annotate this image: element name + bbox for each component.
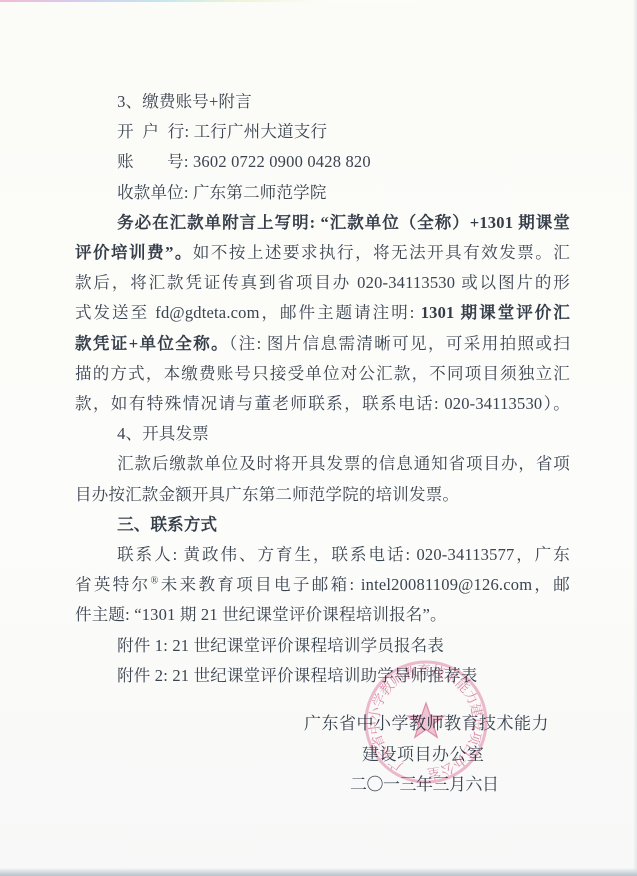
doc-text-segment: 收款单位: 广东第二师范学院 xyxy=(117,183,327,202)
doc-text-segment: 省英特尔 xyxy=(75,575,151,594)
doc-text-segment: 描的方式，本缴费账号只接受单位对公汇款，不同项目须独立汇 xyxy=(75,364,570,383)
scan-shadow-right-edge xyxy=(633,0,637,876)
doc-line: 目办按汇款金额开具广东第二师范学院的培训发票。 xyxy=(75,480,570,510)
doc-line: 款后，将汇款凭证传真到省项目办 020-34113530 或以图片的形 xyxy=(75,268,570,298)
doc-text-segment: 1301 期课堂评价汇 xyxy=(421,303,570,322)
doc-line: 附件 1: 21 世纪课堂评价课程培训学员报名表 xyxy=(75,631,570,661)
doc-text-segment: （注: 图片信息需清晰可见，可采用拍照或扫 xyxy=(229,334,570,353)
doc-line: 省英特尔®未来教育项目电子邮箱: intel20081109@126.com，邮 xyxy=(75,570,570,600)
doc-text-segment: 附件 2: 21 世纪课堂评价课程培训助学导师推荐表 xyxy=(117,666,477,685)
doc-line: 三、联系方式 xyxy=(75,510,570,540)
doc-line: 联系人: 黄政伟、方育生，联系电话: 020-34113577，广东 xyxy=(75,540,570,570)
document-body: 3、缴费账号+附言开 户 行: 工行广州大道支行账 号: 3602 0722 0… xyxy=(75,87,570,691)
doc-text-segment: 如不按上述要求执行，将无法开具有效发票。汇 xyxy=(193,243,570,262)
doc-text-segment: 目办按汇款金额开具广东第二师范学院的培训发票。 xyxy=(75,485,459,504)
doc-text-segment: 联系人: 黄政伟、方育生，联系电话: 020-34113577，广东 xyxy=(117,545,570,564)
doc-text-segment: 3、缴费账号+附言 xyxy=(117,92,252,111)
doc-line: 描的方式，本缴费账号只接受单位对公汇款，不同项目须独立汇 xyxy=(75,359,570,389)
doc-line: 款凭证+单位全称。（注: 图片信息需清晰可见，可采用拍照或扫 xyxy=(75,329,570,359)
doc-line: 4、开具发票 xyxy=(75,419,570,449)
doc-line: 件主题: “1301 期 21 世纪课堂评价课程培训报名”。 xyxy=(75,600,570,630)
scan-shadow-bottom-edge xyxy=(0,868,637,876)
doc-line: 式发送至 fd@gdteta.com，邮件主题请注明: 1301 期课堂评价汇 xyxy=(75,298,570,328)
doc-line: 款，如有特殊情况请与董老师联系，联系电话: 020-34113530）。 xyxy=(75,389,570,419)
doc-text-segment: 汇款后缴款单位及时将开具发票的信息通知省项目办，省项 xyxy=(117,454,570,473)
doc-line: 评价培训费”。如不按上述要求执行，将无法开具有效发票。汇 xyxy=(75,238,570,268)
doc-line: 汇款后缴款单位及时将开具发票的信息通知省项目办，省项 xyxy=(75,449,570,479)
doc-line: 收款单位: 广东第二师范学院 xyxy=(75,178,570,208)
signature-date: 二〇一三年三月六日 xyxy=(350,773,499,797)
doc-line: 务必在汇款单附言上写明: “汇款单位（全称）+1301 期课堂 xyxy=(75,208,570,238)
doc-text-segment: 未来教育项目电子邮箱: intel20081109@126.com，邮 xyxy=(159,575,570,594)
doc-text-segment: ® xyxy=(151,576,159,587)
doc-text-segment: 4、开具发票 xyxy=(117,424,209,443)
doc-text-segment: 件主题: “1301 期 21 世纪课堂评价课程培训报名”。 xyxy=(75,605,447,624)
doc-line: 开 户 行: 工行广州大道支行 xyxy=(75,117,570,147)
doc-text-segment: 三、联系方式 xyxy=(117,515,217,534)
doc-line: 账 号: 3602 0722 0900 0428 820 xyxy=(75,147,570,177)
doc-text-segment: 款后，将汇款凭证传真到省项目办 020-34113530 或以图片的形 xyxy=(75,273,570,292)
scan-artifact-top-edge xyxy=(0,0,440,2)
signature-org-line1: 广东省中小学教师教育技术能力 xyxy=(304,712,549,736)
doc-text-segment: 式发送至 fd@gdteta.com，邮件主题请注明: xyxy=(75,303,421,322)
scanned-document-page: 3、缴费账号+附言开 户 行: 工行广州大道支行账 号: 3602 0722 0… xyxy=(0,0,637,876)
doc-text-segment: 评价培训费”。 xyxy=(75,243,193,262)
doc-text-segment: 账 号: 3602 0722 0900 0428 820 xyxy=(117,152,371,171)
doc-text-segment: 务必在汇款单附言上写明: “汇款单位（全称）+1301 期课堂 xyxy=(117,213,570,232)
doc-line: 附件 2: 21 世纪课堂评价课程培训助学导师推荐表 xyxy=(75,661,570,691)
signature-org-line2: 建设项目办公室 xyxy=(362,743,485,767)
doc-text-segment: 款，如有特殊情况请与董老师联系，联系电话: 020-34113530）。 xyxy=(75,394,570,413)
doc-text-segment: 款凭证+单位全称。 xyxy=(75,334,229,353)
doc-text-segment: 开 户 行: 工行广州大道支行 xyxy=(117,122,327,141)
doc-text-segment: 附件 1: 21 世纪课堂评价课程培训学员报名表 xyxy=(117,636,444,655)
doc-line: 3、缴费账号+附言 xyxy=(75,87,570,117)
